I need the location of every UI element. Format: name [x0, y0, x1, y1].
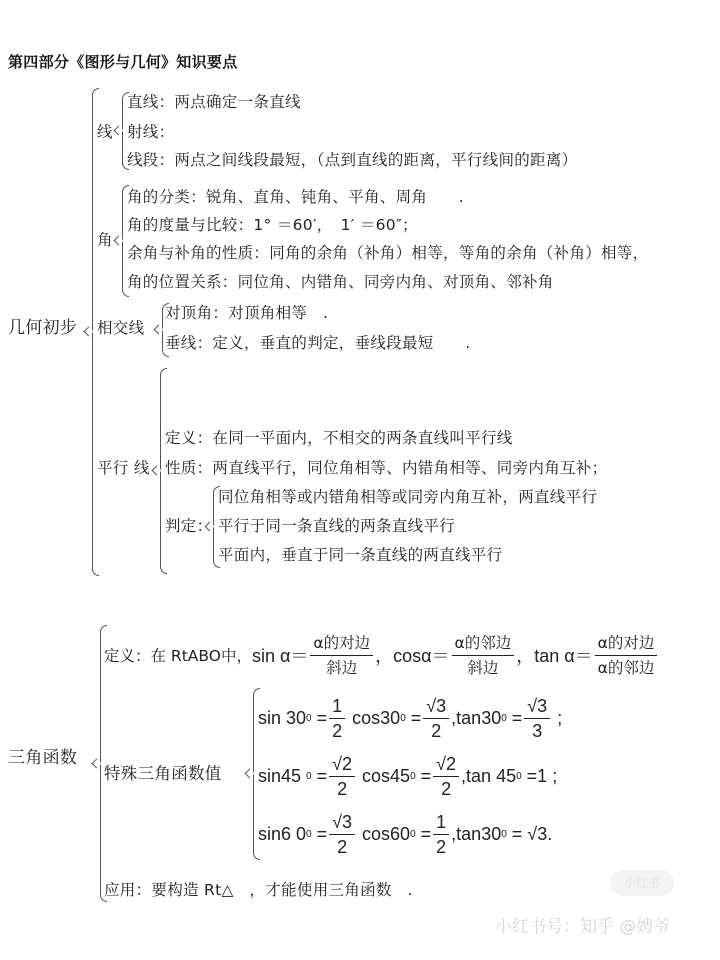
sin-fraction: α的对边 斜边 [310, 633, 373, 678]
parallel-label: 平行 线 [97, 458, 150, 478]
watermark-text: 小红书号：知乎 @娉爷 [495, 912, 670, 937]
special-row-45: sin45 0 = √22 cos450 = √22 ,tan 450 =1 ; [258, 748, 557, 804]
geometry-label: 几何初步 [8, 318, 77, 338]
trig-application: 应用：要构造 Rt△ ，才能使用三角函数 . [104, 880, 413, 900]
cos-fraction: α的邻边 斜边 [452, 633, 515, 678]
intersect-item: 对顶角：对顶角相等 . [165, 303, 328, 323]
parallel-property: 性质：两直线平行，同位角相等、内错角相等、同旁内角互补； [165, 458, 607, 478]
cos45-fraction: √22 [433, 754, 459, 799]
special-row-30: sin 300 = 12 cos300 = √32 ,tan300 = √33 … [258, 690, 562, 746]
sin30-fraction: 12 [329, 696, 345, 741]
trig-label: 三角函数 [8, 748, 77, 768]
intersect-item: 垂线：定义，垂直的判定，垂线段最短 . [165, 333, 470, 353]
angle-item: 角的分类：锐角、直角、钝角、平角、周角 . [127, 187, 464, 207]
line-item: 直线：两点确定一条直线 [127, 92, 301, 112]
special-row-60: sin6 00 = √32 cos600 = 12 ,tan300 = √3. [258, 806, 552, 862]
sin60-fraction: √32 [329, 812, 355, 857]
cos30-fraction: √32 [423, 696, 449, 741]
intersect-label: 相交线 [97, 318, 144, 338]
cos-label: ，cosα＝ [375, 642, 449, 668]
line-label: 线 [97, 122, 113, 142]
angle-label: 角 [97, 230, 113, 250]
tan-label: ，tan α＝ [516, 642, 592, 668]
angle-item: 余角与补角的性质：同角的余角（补角）相等，等角的余角（补角）相等， [127, 243, 648, 263]
judge-item: 平行于同一条直线的两条直线平行 [218, 516, 455, 536]
page-title: 第四部分《图形与几何》知识要点 [8, 52, 238, 72]
trig-definition: 定义：在 RtABO中， sin α＝ α的对边 斜边 ，cosα＝ α的邻边 … [104, 628, 659, 682]
parallel-definition: 定义：在同一平面内，不相交的两条直线叫平行线 [165, 428, 513, 448]
special-label: 特殊三角函数值 [104, 764, 222, 784]
line-item: 射线： [127, 122, 174, 142]
cos60-fraction: 12 [433, 812, 449, 857]
definition-prefix: 定义：在 RtABO中， [104, 644, 252, 666]
angle-item: 角的度量与比较：1° ＝60′， 1′ ＝60″； [127, 215, 418, 235]
tan-fraction: α的对边 α的邻边 [595, 633, 658, 678]
tan30-fraction: √33 [524, 696, 550, 741]
watermark-badge: 小红书 [610, 870, 674, 896]
judge-item: 同位角相等或内错角相等或同旁内角互补，两直线平行 [218, 487, 597, 507]
angle-item: 角的位置关系：同位角、内错角、同旁内角、对顶角、邻补角 [127, 272, 554, 292]
line-item: 线段：两点之间线段最短，（点到直线的距离，平行线间的距离） [127, 150, 577, 170]
sin45-fraction: √22 [329, 754, 355, 799]
sin-label: sin α＝ [252, 642, 308, 668]
judge-item: 平面内，垂直于同一条直线的两直线平行 [218, 545, 502, 565]
